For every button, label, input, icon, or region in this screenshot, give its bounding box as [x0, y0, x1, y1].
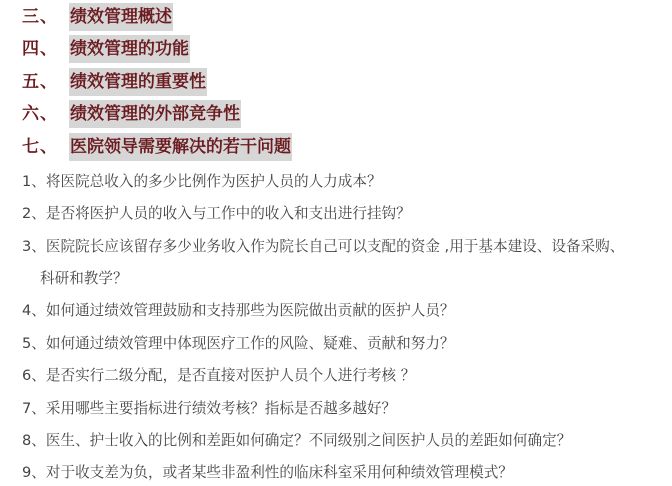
heading-number: 四、: [22, 37, 58, 61]
heading-6: 六、 绩效管理的外部竞争性: [0, 98, 672, 130]
question-item: 9、对于收支差为负，或者某些非盈利性的临床科室采用何种绩效管理模式？: [22, 463, 513, 483]
heading-7: 七、 医院领导需要解决的若干问题: [0, 131, 672, 163]
question-item: 3、医院院长应该留存多少业务收入作为院长自己可以支配的资金 ,用于基本建设、设备…: [22, 237, 624, 257]
heading-title: 绩效管理的外部竞争性: [69, 100, 241, 128]
heading-number: 七、: [22, 135, 58, 159]
question-item: 2、是否将医护人员的收入与工作中的收入和支出进行挂钩？: [22, 204, 411, 224]
heading-title: 绩效管理概述: [69, 3, 173, 31]
heading-title: 医院领导需要解决的若干问题: [69, 133, 292, 161]
heading-3: 三、 绩效管理概述: [0, 1, 672, 33]
heading-4: 四、 绩效管理的功能: [0, 33, 672, 65]
heading-title: 绩效管理的重要性: [69, 68, 207, 96]
question-item: 5、如何通过绩效管理中体现医疗工作的风险、疑难、贡献和努力？: [22, 334, 455, 354]
question-item: 1、将医院总收入的多少比例作为医护人员的人力成本？: [22, 172, 382, 192]
heading-number: 六、: [22, 102, 58, 126]
question-item: 4、如何通过绩效管理鼓励和支持那些为医院做出贡献的医护人员？: [22, 301, 455, 321]
heading-number: 五、: [22, 70, 58, 94]
question-item: 7、采用哪些主要指标进行绩效考核？指标是否越多越好？: [22, 399, 396, 419]
question-item-continuation: 科研和教学？: [40, 269, 128, 289]
question-item: 6、是否实行二级分配，是否直接对医护人员个人进行考核 ？: [22, 366, 415, 386]
heading-5: 五、 绩效管理的重要性: [0, 66, 672, 98]
heading-number: 三、: [22, 5, 58, 29]
heading-title: 绩效管理的功能: [69, 35, 190, 63]
question-item: 8、医生、护士收入的比例和差距如何确定？不同级别之间医护人员的差距如何确定？: [22, 431, 571, 451]
